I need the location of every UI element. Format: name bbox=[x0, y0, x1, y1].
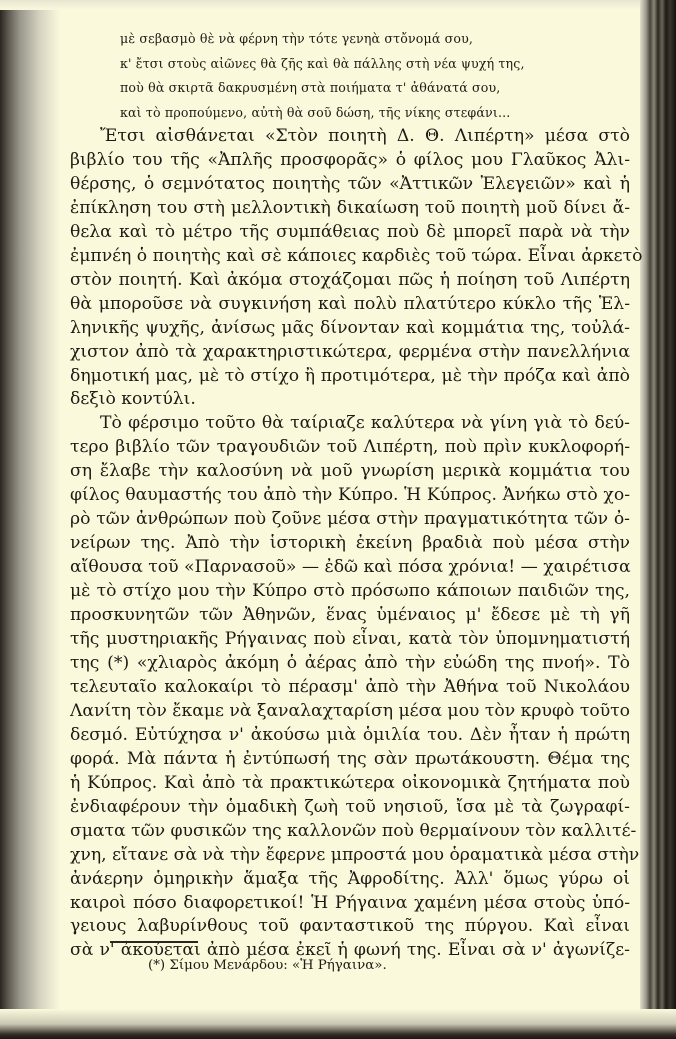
text-line: προσκυνητῶν τῶν Ἀθηνῶν, ἕνας ὑμέναιος μ'… bbox=[70, 604, 630, 628]
text-line: ληνικῆς ψυχῆς, ἀνίσως μᾶς δίνονταν καὶ κ… bbox=[70, 317, 630, 341]
text-line: νείρων της. Ἀπὸ τὴν ἱστορικὴ ἐκείνη βραδ… bbox=[70, 532, 630, 556]
text-line: ἐνδιαφέρουν τὴν ὁμαδικὴ ζωὴ τοῦ νησιοῦ, … bbox=[70, 796, 630, 820]
text-line: ἐπίκληση του στὴ μελλοντικὴ δικαίωση τοῦ… bbox=[70, 197, 630, 221]
book-spine-edge bbox=[640, 0, 676, 1039]
prose-body: Ἔτσι αἰσθάνεται «Στὸν ποιητὴ Δ. Θ. Λιπέρ… bbox=[70, 125, 630, 963]
text-line: μὲ τὸ στίχο μου τὴν Κύπρο στὸ πρόσωπο κά… bbox=[70, 580, 630, 604]
page-top-edge bbox=[0, 0, 676, 10]
footnote: (*) Σίμου Μενάρδου: «Ἡ Ρήγαινα». bbox=[148, 958, 387, 973]
verse-line: ποὺ θὰ σκιρτᾶ δακρυσμένη στὰ ποιήματα τ'… bbox=[120, 76, 640, 101]
paragraph-2: Τὸ φέρσιμο τοῦτο θὰ ταίριαζε καλύτερα νὰ… bbox=[70, 412, 630, 963]
text-line: χιστον ἀπὸ τὰ χαρακτηριστικώτερα, φερμέν… bbox=[70, 341, 630, 365]
text-line: βιβλίο του τῆς «Ἀπλῆς προσφορᾶς» ὁ φίλος… bbox=[70, 149, 630, 173]
text-line: δεξιὸ κοντύλι. bbox=[70, 388, 630, 412]
text-line: καιροὶ πόσο διαφορετικοί! Ἡ Ρήγαινα χαμέ… bbox=[70, 892, 630, 916]
text-line: Ἔτσι αἰσθάνεται «Στὸν ποιητὴ Δ. Θ. Λιπέρ… bbox=[70, 125, 630, 149]
verse-line: κ' ἔτσι στοὺς αἰῶνες θὰ ζῆς καὶ θὰ πάλλη… bbox=[120, 52, 640, 77]
page-gutter-shadow bbox=[0, 0, 60, 1039]
paragraph-1: Ἔτσι αἰσθάνεται «Στὸν ποιητὴ Δ. Θ. Λιπέρ… bbox=[70, 125, 630, 412]
verse-stanza: μὲ σεβασμὸ θὲ νὰ φέρνη τὴν τότε γενηὰ στ… bbox=[120, 27, 640, 125]
text-line: ρὸ τῶν ἀνθρώπων ποὺ ζοῦνε μέσα στὴν πραγ… bbox=[70, 508, 630, 532]
text-line: τελευταῖο καλοκαίρι τὸ πέρασμ' ἀπὸ τὴν Ἀ… bbox=[70, 676, 630, 700]
text-line: σματα τῶν φυσικῶν της καλλονῶν ποὺ θερμα… bbox=[70, 820, 630, 844]
text-line: θὰ μποροῦσε νὰ συγκινήση καὶ πολὺ πλατύτ… bbox=[70, 293, 630, 317]
footnote-divider bbox=[110, 941, 198, 943]
text-line: στὸν ποιητή. Καὶ ἀκόμα στοχάζομαι πῶς ἡ … bbox=[70, 269, 630, 293]
text-line: δημοτική μας, μὲ τὸ στίχο ἢ προτιμότερα,… bbox=[70, 365, 630, 389]
page-bottom-edge bbox=[0, 1009, 676, 1039]
text-line: τερο βιβλίο τῶν τραγουδιῶν τοῦ Λιπέρτη, … bbox=[70, 436, 630, 460]
text-line: Λανίτη τὸν ἔκαμε νὰ ξαναλαχταρίση μέσα μ… bbox=[70, 700, 630, 724]
verse-line: καὶ τὸ προπούμενο, αὐτὴ θὰ σοῦ δώση, τῆς… bbox=[120, 101, 640, 126]
verse-line: μὲ σεβασμὸ θὲ νὰ φέρνη τὴν τότε γενηὰ στ… bbox=[120, 27, 640, 52]
text-line: γειους λαβυρίνθους τοῦ φανταστικοῦ της π… bbox=[70, 915, 630, 939]
text-line: δεσμό. Εὐτύχησα ν' ἀκούσω μιὰ ὁμιλία του… bbox=[70, 724, 630, 748]
text-line: ἐμπνέη ὁ ποιητὴς καὶ σὲ κάποιες καρδιὲς … bbox=[70, 245, 630, 269]
text-line: της (*) «χλιαρὸς ἀκόμη ὁ ἀέρας ἀπὸ τὴν ε… bbox=[70, 652, 630, 676]
text-line: φίλος θαυμαστής του ἀπὸ τὴν Κύπρο. Ἡ Κύπ… bbox=[70, 484, 630, 508]
text-line: Τὸ φέρσιμο τοῦτο θὰ ταίριαζε καλύτερα νὰ… bbox=[70, 412, 630, 436]
text-line: θέρσης, ὁ σεμνότατος ποιητὴς τῶν «Ἀττικῶ… bbox=[70, 173, 630, 197]
text-line: τῆς μυστηριακῆς Ρήγαινας ποὺ εἶναι, κατὰ… bbox=[70, 628, 630, 652]
text-line: ἡ Κύπρος. Καὶ ἀπὸ τὰ πρακτικώτερα οἰκονο… bbox=[70, 772, 630, 796]
text-line: φορά. Μὰ πάντα ἡ ἐντύπωσή της σὰν πρωτάκ… bbox=[70, 748, 630, 772]
text-line: χνη, εἴτανε σὰ νὰ τὴν ἔφερνε μπροστά μου… bbox=[70, 844, 630, 868]
text-line: ση ἔλαβε τὴν καλοσύνη νὰ μοῦ γνωρίση μερ… bbox=[70, 460, 630, 484]
text-line: ἀνάερην ὁμηρικὴν ἅμαξα τῆς Ἀφροδίτης. Ἀλ… bbox=[70, 868, 630, 892]
text-line: αἴθουσα τοῦ «Παρνασοῦ» — ἐδῶ καὶ πόσα χρ… bbox=[70, 556, 630, 580]
text-line: θελα καὶ τὸ μέτρο τῆς συμπάθειας ποὺ δὲ … bbox=[70, 221, 630, 245]
